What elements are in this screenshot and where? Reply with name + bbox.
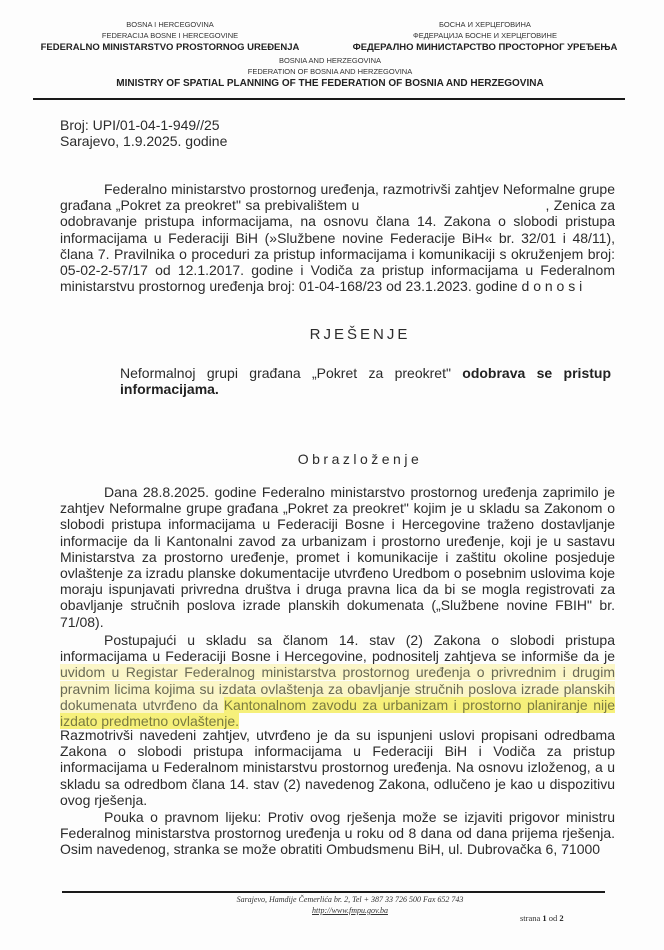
country-cyrillic: БОСНА И ХЕРЦЕГОВИНА xyxy=(335,19,635,30)
dispositive: Neformalnoj grupi građana „Pokret za pre… xyxy=(120,365,611,397)
letterhead-english: BOSNIA AND HERZEGOVINA FEDERATION OF BOS… xyxy=(60,55,600,91)
dispositive-text: Neformalnoj grupi građana „Pokret za pre… xyxy=(120,365,462,381)
decision-title: RJEŠENJE xyxy=(80,326,640,343)
ministry-english: MINISTRY OF SPATIAL PLANNING OF THE FEDE… xyxy=(60,77,600,91)
federation-latin: FEDERACIJA BOSNE I HERCEGOVINE xyxy=(30,30,310,41)
ministry-latin: FEDERALNO MINISTARSTVO PROSTORNOG UREĐEN… xyxy=(30,41,310,55)
finding-text: Postupajući u skladu sa članom 14. stav … xyxy=(60,632,615,664)
intro-paragraph: Federalno ministarstvo prostornog uređen… xyxy=(60,181,615,294)
page-total: 2 xyxy=(559,913,563,923)
page-of: od xyxy=(549,913,558,923)
letterhead-latin: BOSNA I HERCEGOVINA FEDERACIJA BOSNE I H… xyxy=(30,19,310,55)
footer-divider xyxy=(62,891,605,893)
ministry-cyrillic: ФЕДЕРАЛНО МИНИСТАРСТВО ПРОСТОРНОГ УРЕЂЕЊ… xyxy=(335,41,635,55)
reasoning-paragraph-request: Dana 28.8.2025. godine Federalno minista… xyxy=(60,484,615,630)
country-english: BOSNIA AND HERZEGOVINA xyxy=(60,55,600,66)
reasoning-title: Obrazloženje xyxy=(80,451,640,467)
reference-block: Broj: UPI/01-04-1-949//25 Sarajevo, 1.9.… xyxy=(60,117,227,149)
page-current: 1 xyxy=(542,913,546,923)
country-latin: BOSNA I HERCEGOVINA xyxy=(30,19,310,30)
page-label: strana xyxy=(520,913,540,923)
header-divider xyxy=(33,98,625,100)
reasoning-paragraph-conclusion: Razmotrivši navedeni zahtjev, utvrđeno j… xyxy=(60,727,615,808)
footer-website-link[interactable]: http://www.fmpu.gov.ba xyxy=(200,906,500,915)
footer-address: Sarajevo, Hamdije Čemerlića br. 2, Tel +… xyxy=(200,895,500,904)
letterhead-cyrillic: БОСНА И ХЕРЦЕГОВИНА ФЕДЕРАЦИЈА БОСНЕ И Х… xyxy=(335,19,635,55)
federation-english: FEDERATION OF BOSNIA AND HERZEGOVINA xyxy=(60,66,600,77)
legal-remedy-paragraph: Pouka o pravnom lijeku: Protiv ovog rješ… xyxy=(60,809,615,858)
reference-number: Broj: UPI/01-04-1-949//25 xyxy=(60,117,227,133)
page-number: strana 1 od 2 xyxy=(520,913,564,923)
reference-date: Sarajevo, 1.9.2025. godine xyxy=(60,133,227,149)
reasoning-paragraph-finding: Postupajući u skladu sa članom 14. stav … xyxy=(60,632,615,729)
federation-cyrillic: ФЕДЕРАЦИЈА БОСНЕ И ХЕРЦЕГОВИНЕ xyxy=(335,30,635,41)
